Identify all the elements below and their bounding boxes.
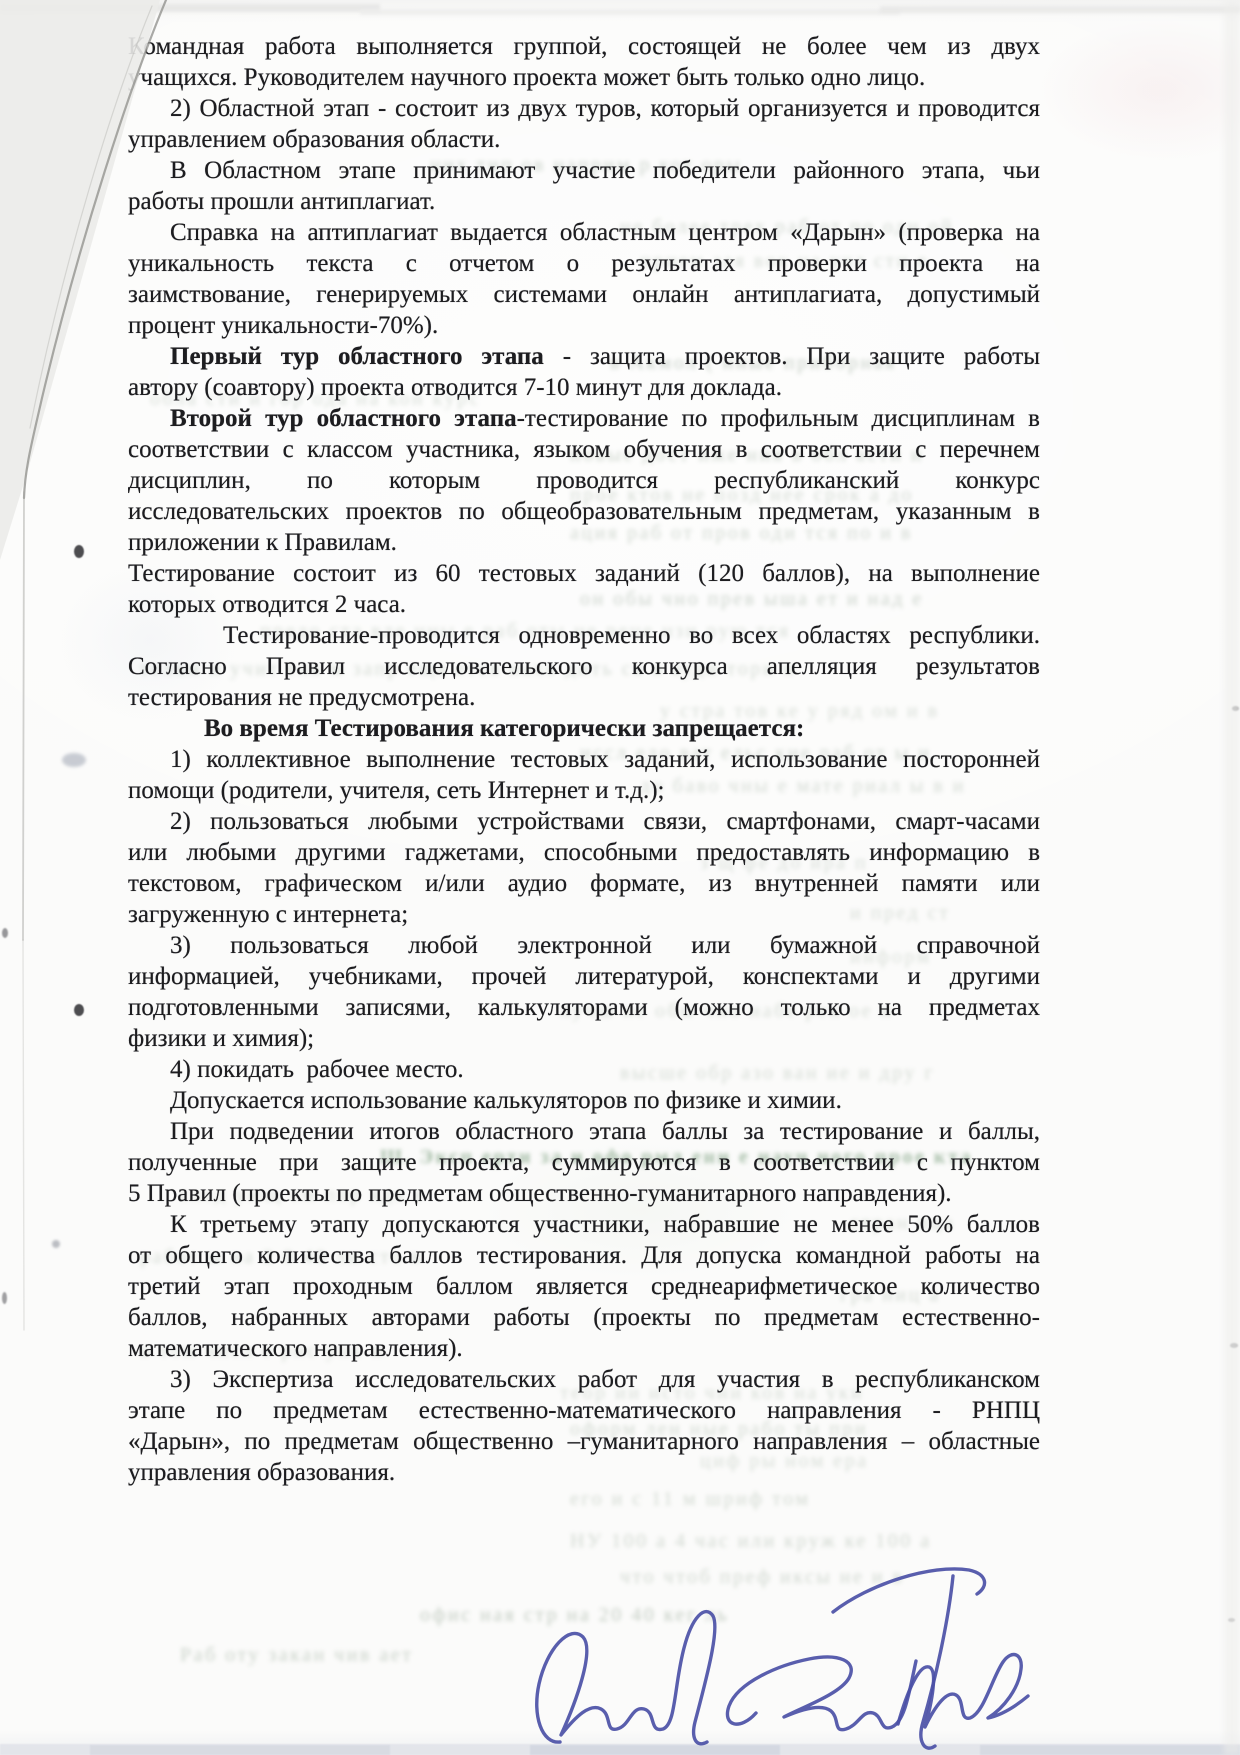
text-line: 3) Экспертиза исследовательских работ дл… xyxy=(128,1364,1040,1395)
scan-edge-band xyxy=(360,9,900,15)
signature-stroke xyxy=(921,1576,953,1748)
bleed-through-line: НУ 100 а 4 час или круж ке 100 а xyxy=(570,1530,1190,1554)
signature-stroke xyxy=(727,1657,916,1730)
text-line: исследовательских проектов по общеобразо… xyxy=(128,496,1040,527)
text-line: 2) пользоваться любыми устройствами связ… xyxy=(128,806,1040,837)
text-line: баллов, набранных авторами работы (проек… xyxy=(128,1302,1040,1333)
ink-speck xyxy=(52,1240,60,1248)
text-run: Второй тур областного этапа xyxy=(170,405,517,432)
text-line: заимствование, генерируемых системами он… xyxy=(128,279,1040,310)
bleed-through-line: что чтоб преф иксы не и в xyxy=(620,1566,1180,1590)
text-line: Допускается использование калькуляторов … xyxy=(128,1085,1040,1116)
text-run: Первый тур областного этапа xyxy=(170,343,544,370)
text-line: 2) Областной этап - состоит из двух туро… xyxy=(128,93,1040,124)
text-line: В Областном этапе принимают участие побе… xyxy=(128,155,1040,186)
text-line: уникальность текста с отчетом о результа… xyxy=(128,248,1040,279)
text-line: работы прошли антиплагиат. xyxy=(128,186,1040,217)
text-run: от общего количества баллов тестирования… xyxy=(128,1242,1040,1269)
text-line: Справка на аптиплагиат выдается областны… xyxy=(128,217,1040,248)
bleed-through-line: его и с 11 м шриф том xyxy=(570,1488,970,1512)
text-line: дисциплин, по которым проводится республ… xyxy=(128,465,1040,496)
text-run: тестирования не предусмотрена. xyxy=(128,684,475,711)
text-run: заимствование, генерируемых системами он… xyxy=(128,281,1040,308)
text-line: полученные при защите проекта, суммируют… xyxy=(128,1147,1040,1178)
text-run: 2) Областной этап - состоит из двух туро… xyxy=(170,95,1040,122)
text-line: Второй тур областного этапа-тестирование… xyxy=(128,403,1040,434)
text-run: третий этап проходным баллом является ср… xyxy=(128,1273,1040,1300)
text-line: управления образования. xyxy=(128,1457,1040,1488)
text-run: 1) коллективное выполнение тестовых зада… xyxy=(170,746,1040,773)
text-run: 4) покидать рабочее место. xyxy=(170,1056,464,1083)
text-line: управлением образования области. xyxy=(128,124,1040,155)
text-run: приложении к Правилам. xyxy=(128,529,397,556)
scan-edge-band xyxy=(0,4,380,12)
text-line: третий этап проходным баллом является ср… xyxy=(128,1271,1040,1302)
text-line: от общего количества баллов тестирования… xyxy=(128,1240,1040,1271)
text-run: учащихся. Руководителем научного проекта… xyxy=(128,64,925,91)
ink-speck xyxy=(2,1292,7,1304)
ink-speck xyxy=(62,753,86,767)
text-run: Согласно Правил исследовательского конку… xyxy=(128,653,1040,680)
scan-edge-band xyxy=(980,1745,1240,1755)
text-run: управлением образования области. xyxy=(128,126,500,153)
ink-speck xyxy=(2,928,8,938)
text-line: которых отводится 2 часа. xyxy=(128,589,1040,620)
text-run: соответствии с классом участника, языком… xyxy=(128,436,1040,463)
scan-edge-band xyxy=(1224,0,1240,1755)
text-run: подготовленными записями, калькуляторами… xyxy=(128,994,1040,1021)
text-run: Тестирование-проводится одновременно во … xyxy=(223,622,1040,649)
signature-stroke xyxy=(537,1612,715,1744)
text-line: Во время Тестирования категорически запр… xyxy=(128,713,1040,744)
text-run: При подведении итогов областного этапа б… xyxy=(170,1118,1040,1145)
text-run: полученные при защите проекта, суммируют… xyxy=(128,1149,1040,1176)
text-line: Тестирование состоит из 60 тестовых зада… xyxy=(128,558,1040,589)
text-run: уникальность текста с отчетом о результа… xyxy=(128,250,1040,277)
text-run: исследовательских проектов по общеобразо… xyxy=(128,498,1040,525)
text-run: 5 Правил (проекты по предметам обществен… xyxy=(128,1180,952,1207)
text-line: информацией, учебниками, прочей литерату… xyxy=(128,961,1040,992)
crease-line xyxy=(23,492,24,940)
text-line: учащихся. Руководителем научного проекта… xyxy=(128,62,1040,93)
text-run: текстовом, графическом и/или аудио форма… xyxy=(128,870,1040,897)
text-run: «Дарын», по предметам общественно –гуман… xyxy=(128,1428,1040,1455)
text-line: приложении к Правилам. xyxy=(128,527,1040,558)
scan-edge-band xyxy=(90,1745,390,1755)
text-line: 4) покидать рабочее место. xyxy=(128,1054,1040,1085)
bleed-through-line: Раб оту закан чив ает xyxy=(180,1644,540,1668)
text-line: этапе по предметам естественно-математич… xyxy=(128,1395,1040,1426)
text-run: 2) пользоваться любыми устройствами связ… xyxy=(170,808,1040,835)
text-line: процент уникальности-70%). xyxy=(128,310,1040,341)
text-run: физики и химия); xyxy=(128,1025,314,1052)
text-run: -тестирование по профильным дисциплинам … xyxy=(517,405,1040,432)
scanned-page: них тип ов наприм р кот орыне более трех… xyxy=(0,0,1240,1755)
text-run: К третьему этапу допускаются участники, … xyxy=(170,1211,1040,1238)
text-line: помощи (родители, учителя, сеть Интернет… xyxy=(128,775,1040,806)
text-run: загруженную с интернета; xyxy=(128,901,408,928)
text-line: Командная работа выполняется группой, со… xyxy=(128,31,1040,62)
text-line: подготовленными записями, калькуляторами… xyxy=(128,992,1040,1023)
text-run: В Областном этапе принимают участие побе… xyxy=(170,157,1040,184)
text-run: помощи (родители, учителя, сеть Интернет… xyxy=(128,777,664,804)
text-run: информацией, учебниками, прочей литерату… xyxy=(128,963,1040,990)
text-line: загруженную с интернета; xyxy=(128,899,1040,930)
text-run: этапе по предметам естественно-математич… xyxy=(128,1397,1040,1424)
text-line: автору (соавтору) проекта отводится 7-10… xyxy=(128,372,1040,403)
text-line: Первый тур областного этапа - защита про… xyxy=(128,341,1040,372)
bleed-through-line: офис ная стр на 20 40 кег ль xyxy=(420,1604,810,1628)
scan-edge-band xyxy=(530,1745,780,1755)
text-line: 5 Правил (проекты по предметам обществен… xyxy=(128,1178,1040,1209)
text-line: 1) коллективное выполнение тестовых зада… xyxy=(128,744,1040,775)
text-run: математического направления). xyxy=(128,1335,463,1362)
text-run: Во время Тестирования категорически запр… xyxy=(204,715,804,742)
text-line: «Дарын», по предметам общественно –гуман… xyxy=(128,1426,1040,1457)
scan-edge-band xyxy=(880,6,1240,13)
text-line: Тестирование-проводится одновременно во … xyxy=(128,620,1040,651)
signature-stroke xyxy=(898,1655,1028,1727)
text-run: Командная работа выполняется группой, со… xyxy=(128,33,1040,60)
text-line: физики и химия); xyxy=(128,1023,1040,1054)
paper-tint xyxy=(1040,20,1240,160)
text-line: При подведении итогов областного этапа б… xyxy=(128,1116,1040,1147)
document-text-block: Командная работа выполняется группой, со… xyxy=(128,31,1040,1488)
text-line: тестирования не предусмотрена. xyxy=(128,682,1040,713)
text-line: или любыми другими гаджетами, способными… xyxy=(128,837,1040,868)
ink-speck xyxy=(74,1004,84,1016)
text-line: математического направления). xyxy=(128,1333,1040,1364)
text-run: автору (соавтору) проекта отводится 7-10… xyxy=(128,374,782,401)
text-run: дисциплин, по которым проводится республ… xyxy=(128,467,1040,494)
text-line: Согласно Правил исследовательского конку… xyxy=(128,651,1040,682)
text-run: 3) пользоваться любой электронной или бу… xyxy=(170,932,1040,959)
text-run: 3) Экспертиза исследовательских работ дл… xyxy=(170,1366,1040,1393)
text-run: процент уникальности-70%). xyxy=(128,312,438,339)
text-run: баллов, набранных авторами работы (проек… xyxy=(128,1304,1040,1331)
text-run: - защита проектов. При защите работы xyxy=(544,343,1040,370)
text-run: или любыми другими гаджетами, способными… xyxy=(128,839,1040,866)
text-run: Справка на аптиплагиат выдается областны… xyxy=(170,219,1040,246)
text-run: управления образования. xyxy=(128,1459,395,1486)
ink-speck xyxy=(74,545,84,558)
text-run: которых отводится 2 часа. xyxy=(128,591,406,618)
text-run: работы прошли антиплагиат. xyxy=(128,188,435,215)
text-line: соответствии с классом участника, языком… xyxy=(128,434,1040,465)
text-run: Допускается использование калькуляторов … xyxy=(170,1087,842,1114)
crease-line xyxy=(23,940,24,1330)
text-line: текстовом, графическом и/или аудио форма… xyxy=(128,868,1040,899)
text-line: К третьему этапу допускаются участники, … xyxy=(128,1209,1040,1240)
text-line: 3) пользоваться любой электронной или бу… xyxy=(128,930,1040,961)
text-run: Тестирование состоит из 60 тестовых зада… xyxy=(128,560,1040,587)
